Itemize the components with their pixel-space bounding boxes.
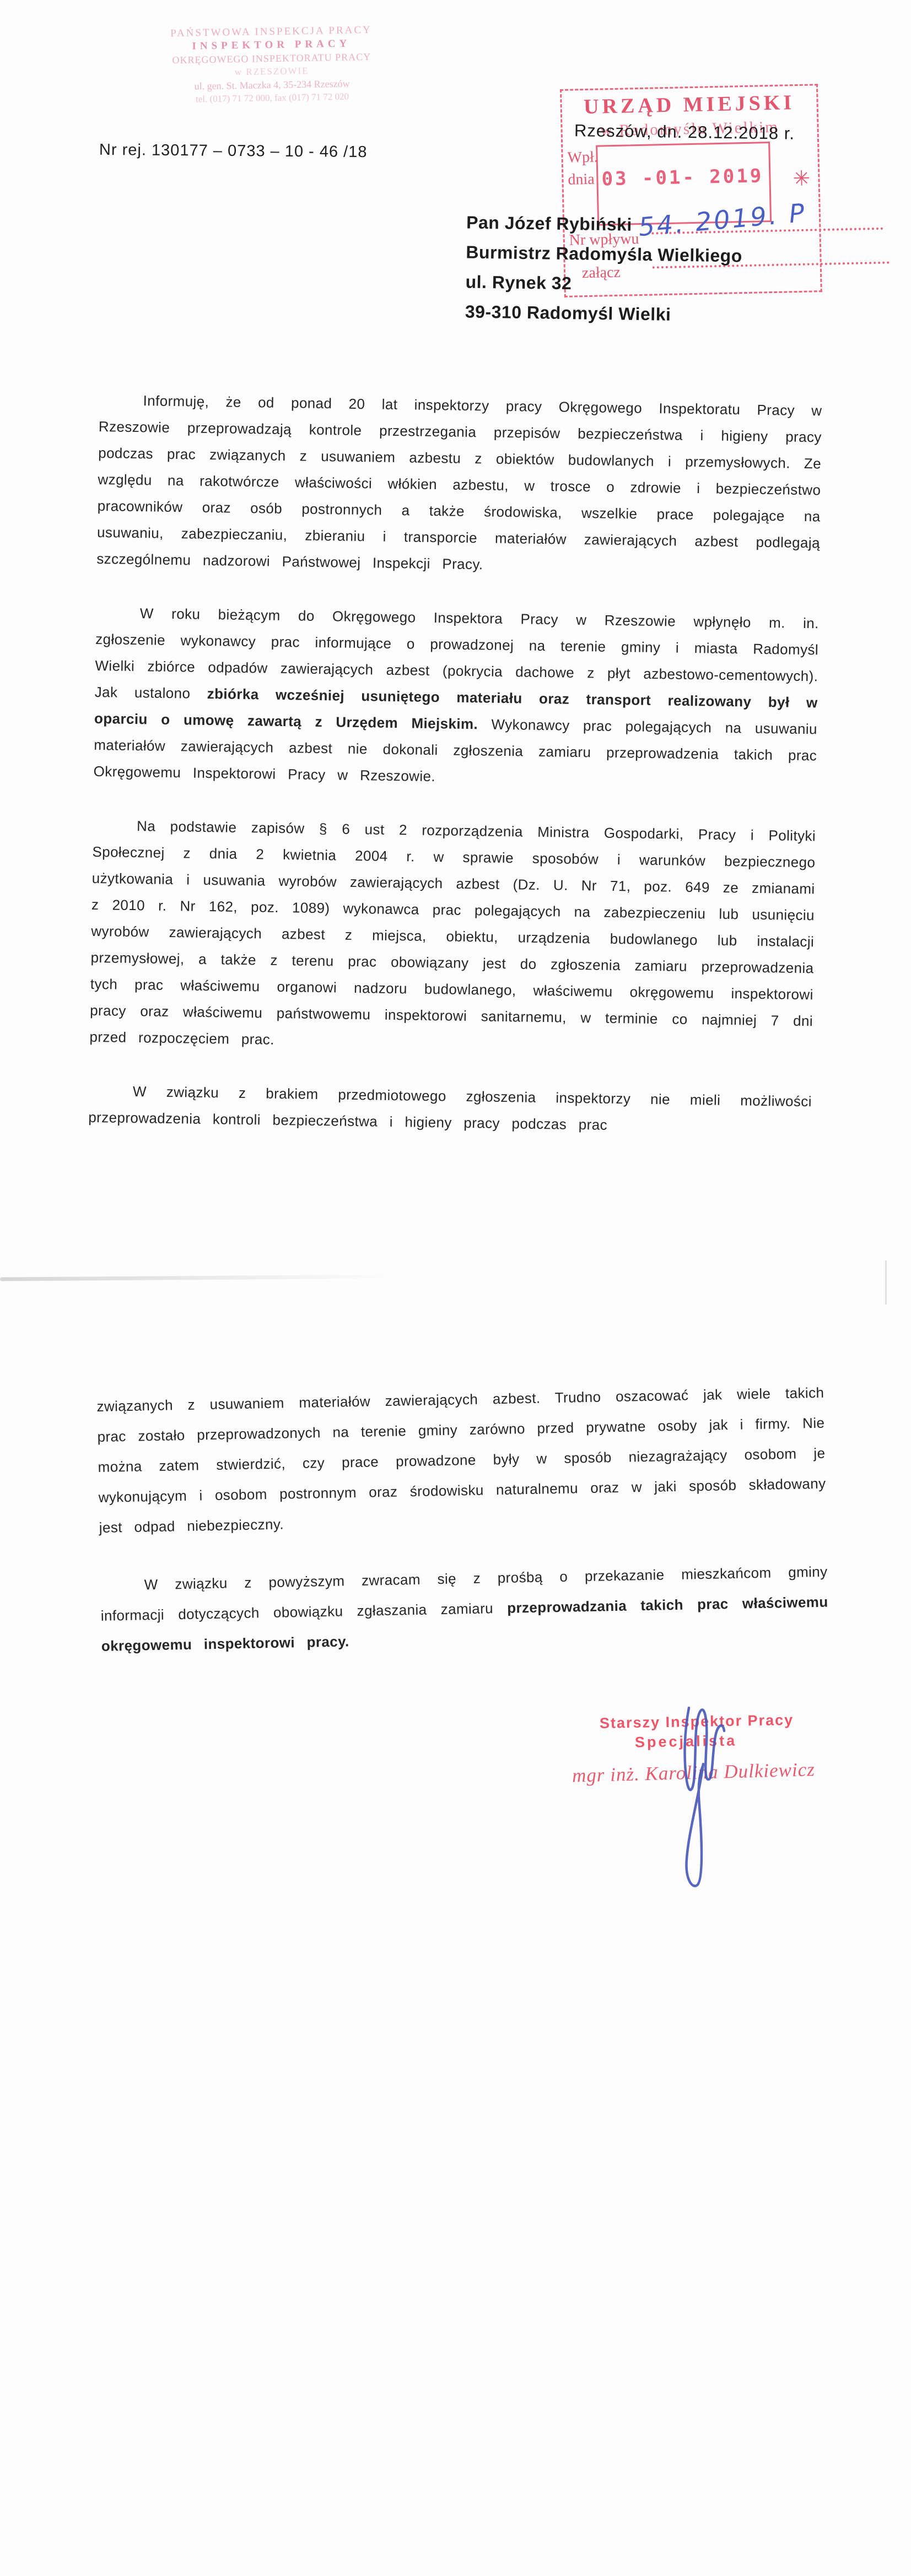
body-paragraph: Na podstawie zapisów § 6 ust 2 rozporząd… [89, 812, 816, 1060]
recipient-title: Burmistrz Radomyśla Wielkiego [466, 237, 742, 271]
letter-body-page2: związanych z usuwaniem materiałów zawier… [96, 1378, 829, 1662]
letter-date: Rzeszów, dn. 28.12.2018 r. [574, 121, 795, 144]
received-stamp-title: URZĄD MIEJSKI [562, 90, 817, 120]
received-date-value: 03 -01- 2019 [600, 165, 766, 190]
body-paragraph: W związku z powyższym zwracam się z proś… [100, 1557, 829, 1662]
letter-body-page1: Informuję, że od ponad 20 lat inspektorz… [88, 387, 822, 1141]
received-label-dnia: dnia [568, 171, 595, 189]
registry-number: Nr rej. 130177 – 0733 – 10 - 46 /18 [99, 141, 368, 161]
star-icon: ✳ [793, 166, 811, 192]
scan-edge-artifact [885, 1260, 887, 1305]
handwritten-signature [655, 1698, 737, 1902]
sender-stamp: PAŃSTWOWA INSPEKCJA PRACY INSPEKTOR PRAC… [161, 24, 382, 107]
body-paragraph: W roku bieżącym do Okręgowego Inspektora… [93, 599, 819, 795]
recipient-city: 39-310 Radomyśl Wielki [465, 296, 742, 330]
recipient-street: ul. Rynek 32 [465, 267, 742, 300]
scanned-letter-page: PAŃSTWOWA INSPEKCJA PRACY INSPEKTOR PRAC… [0, 0, 911, 2576]
body-paragraph: W związku z brakiem przedmiotowego zgłos… [88, 1078, 812, 1141]
received-label-wpl: Wpł. [567, 149, 598, 167]
body-paragraph: związanych z usuwaniem materiałów zawier… [96, 1378, 827, 1543]
scan-join-artifact [0, 1274, 397, 1281]
body-paragraph: Informuję, że od ponad 20 lat inspektorz… [96, 387, 822, 582]
